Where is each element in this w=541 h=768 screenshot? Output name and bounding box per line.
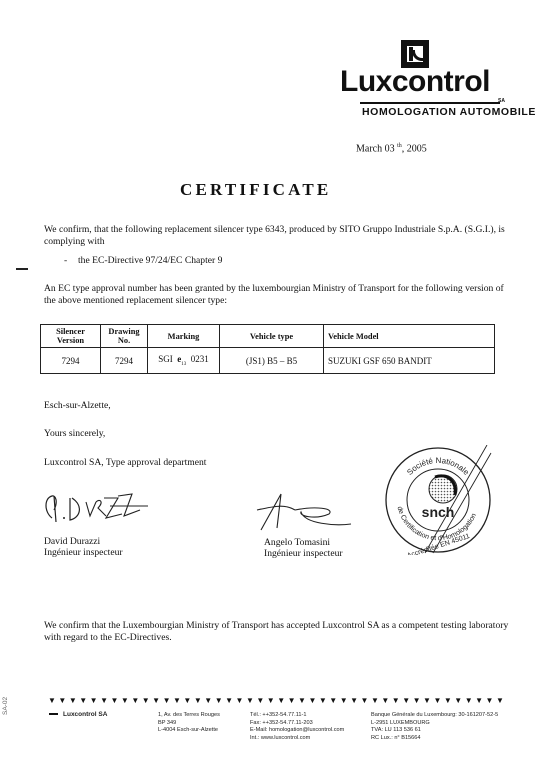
salutation: Yours sincerely, (44, 428, 105, 439)
footer-triangle-border: ▼▼▼▼▼▼▼▼▼▼▼▼▼▼▼▼▼▼▼▼▼▼▼▼▼▼▼▼▼▼▼▼▼▼▼▼▼▼▼▼… (48, 697, 508, 705)
place: Esch-sur-Alzette, (44, 400, 111, 411)
signatory-tomasini: Angelo Tomasini Ingénieur inspecteur (264, 537, 343, 559)
footer-brand: Luxcontrol SA (49, 711, 107, 719)
company-subtitle: HOMOLOGATION AUTOMOBILE (362, 106, 536, 118)
department: Luxcontrol SA, Type approval department (44, 457, 206, 468)
svg-text:snch: snch (422, 504, 455, 520)
approval-paragraph: An EC type approval number has been gran… (44, 283, 514, 306)
date-suffix: , 2005 (402, 143, 427, 154)
directive-bullet: -the EC-Directive 97/24/EC Chapter 9 (64, 255, 222, 266)
signature-tomasini-icon (255, 490, 355, 532)
signature-durazzi-icon (40, 488, 150, 528)
svg-text:Société Nationale: Société Nationale (405, 456, 471, 477)
margin-mark (16, 268, 28, 270)
table-row: 7294 7294 SGI e13 0231 (JS1) B5 – B5 SUZ… (41, 348, 495, 374)
signatory-durazzi: David Durazzi Ingénieur inspecteur (44, 536, 123, 558)
cell-drawing-no: 7294 (101, 348, 148, 374)
bank-line: TVA: LU 113 536 61 (371, 727, 498, 735)
directive-text: the EC-Directive 97/24/EC Chapter 9 (78, 255, 222, 266)
brand-bar-icon (49, 713, 58, 715)
company-suffix: SA (498, 98, 505, 104)
footer-bank: Banque Générale du Luxembourg: 30-161207… (371, 712, 498, 742)
marking-number: 0231 (191, 354, 209, 364)
signatory-role: Ingénieur inspecteur (264, 548, 343, 559)
cell-vehicle-model: SUZUKI GSF 650 BANDIT (324, 348, 495, 374)
company-name: Luxcontrol (340, 66, 490, 98)
e-mark-icon: e13 (177, 354, 186, 364)
signatory-role: Ingénieur inspecteur (44, 547, 123, 558)
bank-line: RC Lux.: n° B15664 (371, 735, 498, 743)
bank-line: L-2951 LUXEMBOURG (371, 720, 498, 728)
website-link[interactable]: Int.: www.luxcontrol.com (250, 735, 344, 743)
confirmation-paragraph: We confirm, that the following replaceme… (44, 224, 514, 247)
header-vehicle-model: Vehicle Model (324, 325, 495, 348)
fax: Fax: ++352-54.77.11-203 (250, 720, 344, 728)
table-header-row: Silencer Version Drawing No. Marking Veh… (41, 325, 495, 348)
document-date: March 03 th, 2005 (356, 143, 427, 154)
cell-silencer-version: 7294 (41, 348, 101, 374)
date-prefix: March 03 (356, 143, 395, 154)
cell-vehicle-type: (JS1) B5 – B5 (220, 348, 324, 374)
signatory-name: Angelo Tomasini (264, 537, 343, 548)
address-line: BP 349 (158, 720, 220, 728)
document-title: CERTIFICATE (180, 180, 331, 200)
footer-address: 1, Av. des Terres Rouges BP 349 L-4004 E… (158, 712, 220, 735)
footer-contact: Tél.: ++352-54.77.11-1 Fax: ++352-54.77.… (250, 712, 344, 742)
signatory-name: David Durazzi (44, 536, 123, 547)
address-line: L-4004 Esch-sur-Alzette (158, 727, 220, 735)
luxcontrol-logo-icon (401, 40, 429, 68)
marking-prefix: SGI (158, 354, 173, 364)
accreditation-statement: We confirm that the Luxembourgian Minist… (44, 620, 514, 643)
header-vehicle-type: Vehicle type (220, 325, 324, 348)
bank-line: Banque Générale du Luxembourg: 30-161207… (371, 712, 498, 720)
snch-seal-icon: snch Société Nationale de Certification … (383, 445, 493, 555)
approval-table: Silencer Version Drawing No. Marking Veh… (40, 324, 495, 374)
cell-marking: SGI e13 0231 (148, 348, 220, 374)
bullet-dash: - (64, 255, 78, 266)
header-drawing-no: Drawing No. (101, 325, 148, 348)
header-marking: Marking (148, 325, 220, 348)
logo-rule (360, 102, 500, 104)
form-code: SA-02 (2, 697, 9, 715)
header-silencer-version: Silencer Version (41, 325, 101, 348)
phone: Tél.: ++352-54.77.11-1 (250, 712, 344, 720)
email-link[interactable]: E-Mail: homologation@luxcontrol.com (250, 727, 344, 735)
address-line: 1, Av. des Terres Rouges (158, 712, 220, 720)
